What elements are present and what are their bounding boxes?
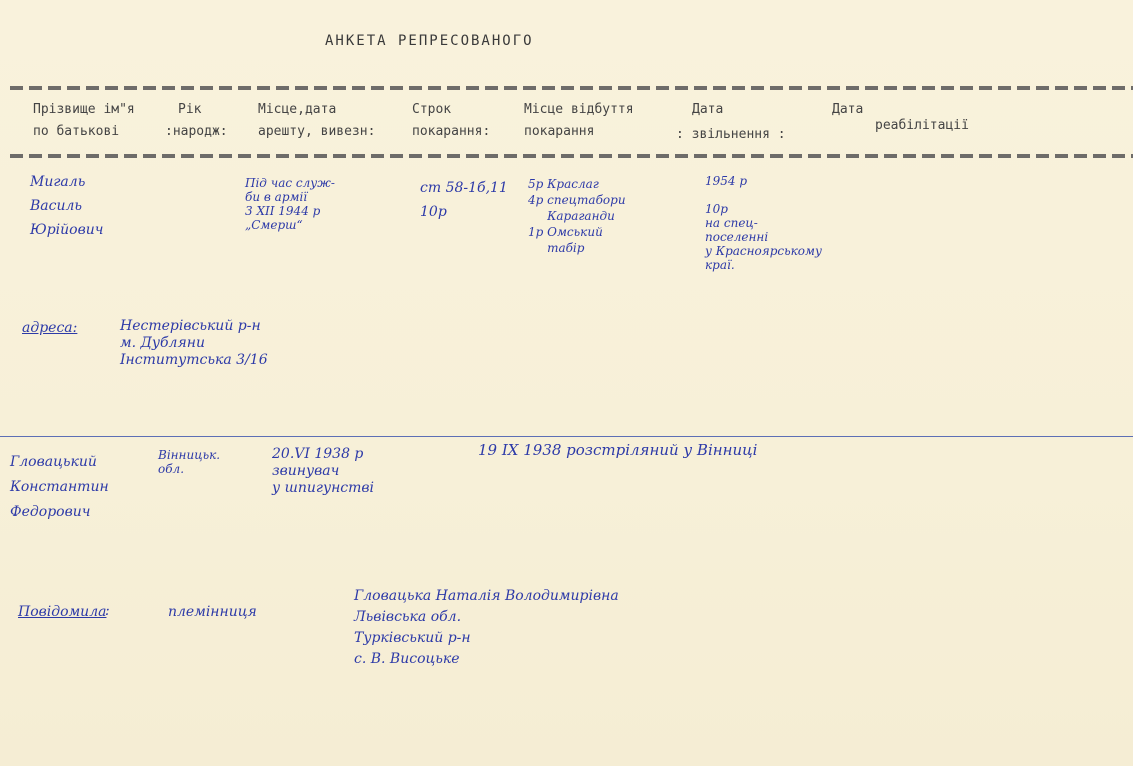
col-place-line1: Місце відбуття [524, 102, 634, 117]
record-2-name: Гловацький Константин Федорович [10, 450, 109, 525]
col-birth-line1: Рік [178, 102, 201, 117]
record-1-arrest: Під час служ- би в армії 3 XII 1944 р „С… [245, 176, 335, 232]
informant-details: Гловацька Наталія Володимирівна Львівськ… [354, 586, 619, 670]
record-separator [0, 436, 1133, 437]
col-place-line2: покарання [524, 124, 594, 139]
col-name-line2: по батькові [33, 124, 119, 139]
header-bottom-rule [10, 154, 1133, 158]
record-2-fate: 19 IX 1938 розстріляний у Вінниці [478, 442, 757, 459]
document-page: АНКЕТА РЕПРЕСОВАНОГО Прізвище ім"я по ба… [0, 0, 1133, 766]
header-top-rule [10, 86, 1133, 90]
col-arrest-line1: Місце,дата [258, 102, 336, 117]
record-1-address-label: адреса: [22, 320, 77, 337]
record-1-sentence: ст 58-1б,11 10р [420, 176, 508, 224]
col-rehab-line2: реабілітації [875, 118, 969, 133]
informant-relation: племінниця [168, 604, 257, 621]
col-name-line1: Прізвище ім"я [33, 102, 135, 117]
col-arrest-line2: арешту, вивезн: [258, 124, 375, 139]
record-1-place: 5р Краслаг 4р спецтабори Караганди 1р Ом… [528, 176, 626, 256]
document-title: АНКЕТА РЕПРЕСОВАНОГО [325, 33, 534, 49]
col-rehab-line1: Дата [832, 102, 863, 117]
record-1-release: 1954 р 10р на спец- поселенні у Краснояр… [705, 174, 822, 272]
col-sentence-line2: покарання: [412, 124, 490, 139]
col-birth-line2: :народж: [165, 124, 228, 139]
record-2-arrest: 20.VI 1938 р звинувач у шпигунстві [272, 446, 374, 497]
col-release-line1: Дата [692, 102, 723, 117]
col-release-line2: : звільнення : [676, 127, 786, 142]
record-2-birth: Вінницьк. обл. [158, 448, 220, 476]
record-1-address: Нестерівський р-н м. Дубляни Інститутськ… [120, 318, 268, 369]
informant-label: Повідомила [18, 604, 106, 621]
col-sentence-line1: Строк [412, 102, 451, 117]
record-1-name: Мигаль Василь Юрійович [30, 170, 103, 242]
